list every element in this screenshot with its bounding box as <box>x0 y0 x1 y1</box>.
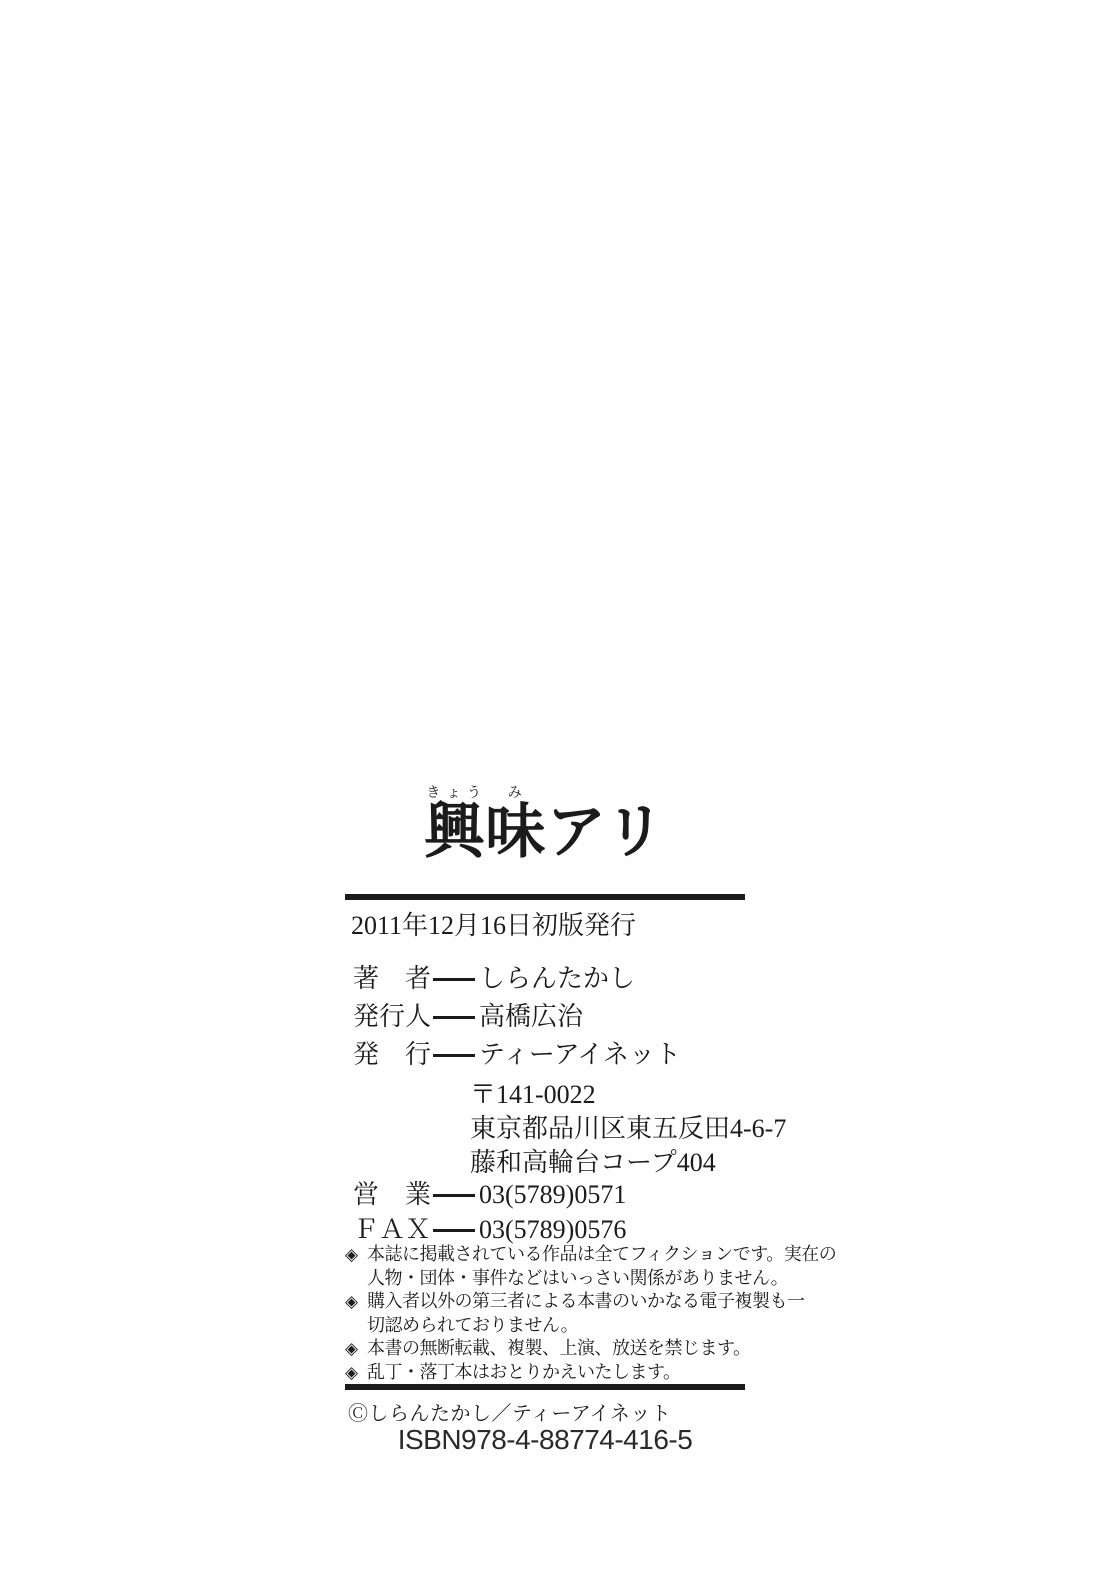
colophon-column: 興きょう味みアリ 2011年12月16日初版発行 著 者 しらんたかし 発行人 … <box>345 0 745 1584</box>
credit-label: 著 者 <box>353 965 431 993</box>
leader-dash <box>433 1054 475 1057</box>
notice-line: 本書の無断転載、複製、上演、放送を禁じます。 <box>367 1337 755 1361</box>
legal-notices: ◈ 本誌に掲載されている作品は全てフィクションです。実在の 人物・団体・事件など… <box>345 1243 755 1384</box>
title-divider-rule <box>345 894 745 900</box>
notice-line: 人物・団体・事件などはいっさい関係がありません。 <box>367 1267 755 1291</box>
postal-code: 〒141-0022 <box>470 1078 786 1112</box>
credit-row-publisher-person: 発行人 高橋広治 <box>353 1003 681 1031</box>
leader-dash <box>433 978 475 981</box>
diamond-bullet-icon: ◈ <box>345 1243 358 1267</box>
contact-row-sales: 営 業 03(5789)0571 <box>353 1181 626 1209</box>
diamond-bullet-icon: ◈ <box>345 1290 358 1314</box>
title-kanji: 味 <box>485 799 546 865</box>
notice-digital-copy: ◈ 購入者以外の第三者による本書のいかなる電子複製も一 切認められておりません。 <box>345 1290 755 1337</box>
credit-row-publisher: 発 行 ティーアイネット <box>353 1041 681 1069</box>
title-ruby-mi: 味み <box>485 799 546 865</box>
notice-line: 切認められておりません。 <box>367 1314 755 1338</box>
notice-line: 購入者以外の第三者による本書のいかなる電子複製も一 <box>367 1290 755 1314</box>
title-furigana: きょう <box>424 786 485 801</box>
credit-row-author: 著 者 しらんたかし <box>353 965 681 993</box>
leader-dash <box>433 1016 475 1019</box>
notice-defective-copy: ◈ 乱丁・落丁本はおとりかえいたします。 <box>345 1361 755 1385</box>
colophon-page: 興きょう味みアリ 2011年12月16日初版発行 著 者 しらんたかし 発行人 … <box>0 0 1096 1584</box>
credit-label: 発行人 <box>353 1003 431 1031</box>
leader-dash <box>433 1229 475 1232</box>
copyright-line: Ⓒしらんたかし／ティーアイネット <box>348 1397 671 1426</box>
diamond-bullet-icon: ◈ <box>345 1337 358 1361</box>
edition-date: 2011年12月16日初版発行 <box>351 905 636 942</box>
contact-label: 営 業 <box>353 1181 431 1209</box>
contacts-block: 営 業 03(5789)0571 ＦＡＸ 03(5789)0576 <box>353 1181 626 1251</box>
book-title: 興きょう味みアリ <box>345 786 745 864</box>
footer-divider-rule <box>345 1384 745 1390</box>
title-katakana: アリ <box>546 799 666 865</box>
contact-label: ＦＡＸ <box>353 1216 431 1244</box>
publisher-address: 〒141-0022 東京都品川区東五反田4-6-7 藤和高輪台コープ404 <box>470 1078 786 1180</box>
isbn-number: ISBN978-4-88774-416-5 <box>345 1424 745 1456</box>
title-kanji: 興 <box>424 799 485 865</box>
title-ruby-kyou: 興きょう <box>424 799 485 865</box>
credit-value: ティーアイネット <box>479 1041 681 1069</box>
notice-reproduction: ◈ 本書の無断転載、複製、上演、放送を禁じます。 <box>345 1337 755 1361</box>
diamond-bullet-icon: ◈ <box>345 1361 358 1385</box>
address-line: 東京都品川区東五反田4-6-7 <box>470 1112 786 1146</box>
title-furigana: み <box>485 786 546 801</box>
contact-row-fax: ＦＡＸ 03(5789)0576 <box>353 1216 626 1244</box>
notice-line: 本誌に掲載されている作品は全てフィクションです。実在の <box>367 1243 755 1267</box>
credits-block: 著 者 しらんたかし 発行人 高橋広治 発 行 ティーアイネット <box>353 965 681 1079</box>
phone-number: 03(5789)0571 <box>479 1181 626 1209</box>
fax-number: 03(5789)0576 <box>479 1216 626 1244</box>
address-line: 藤和高輪台コープ404 <box>470 1146 786 1180</box>
credit-label: 発 行 <box>353 1041 431 1069</box>
leader-dash <box>433 1194 475 1197</box>
credit-value: しらんたかし <box>479 965 635 993</box>
notice-fiction: ◈ 本誌に掲載されている作品は全てフィクションです。実在の 人物・団体・事件など… <box>345 1243 755 1290</box>
notice-line: 乱丁・落丁本はおとりかえいたします。 <box>367 1361 755 1385</box>
credit-value: 高橋広治 <box>479 1003 583 1031</box>
